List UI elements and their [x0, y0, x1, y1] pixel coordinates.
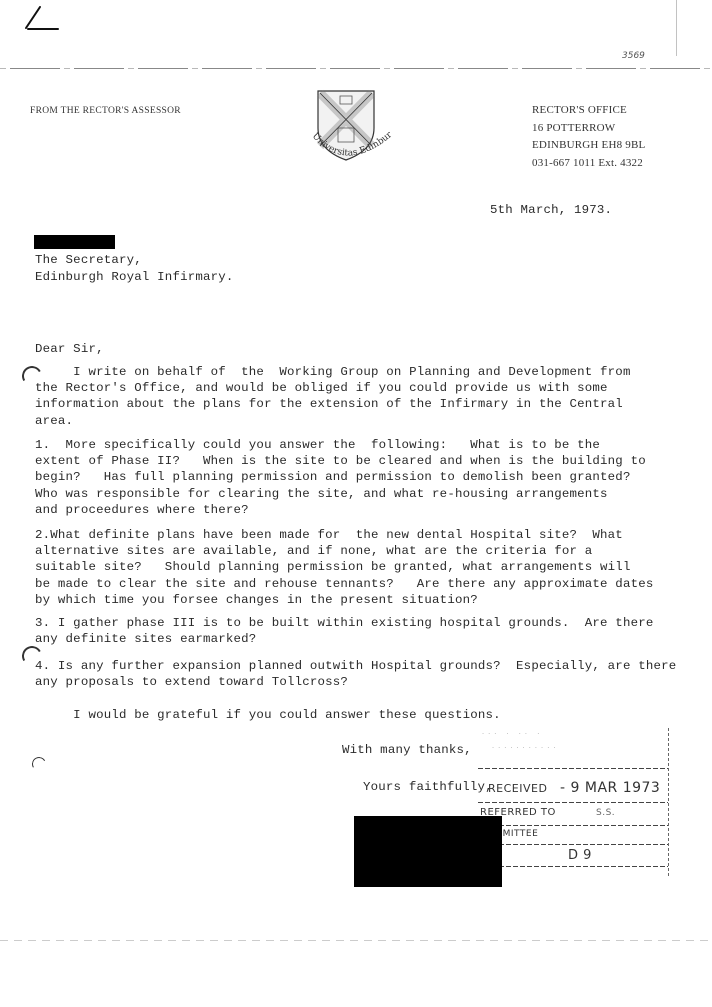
from-label: FROM THE RECTOR'S ASSESSOR [30, 106, 181, 116]
closing-thanks: With many thanks, [342, 743, 472, 757]
paragraph-intro: I write on behalf of the Working Group o… [35, 364, 631, 429]
address-line: 16 POTTERROW [532, 120, 645, 138]
received-stamp: · · · · · · · · · · · · · · · · · · RECE… [478, 728, 669, 876]
scan-artifact-line [0, 68, 712, 69]
corner-mark-icon [22, 4, 62, 34]
scan-artifact-line-bottom [0, 940, 712, 941]
stamp-faint-header: · · · · · · · [482, 730, 540, 738]
paragraph-question-2: 2.What definite plans have been made for… [35, 527, 653, 608]
stamp-number-value: D 9 [568, 848, 592, 863]
paragraph-closing-request: I would be grateful if you could answer … [35, 707, 501, 723]
stamp-referred-to-value: S.S. [596, 808, 615, 818]
redacted-recipient-name [34, 235, 115, 249]
address-line: RECTOR'S OFFICE [532, 102, 645, 120]
address-line: 031-667 1011 Ext. 4322 [532, 155, 645, 173]
address-line: EDINBURGH EH8 9BL [532, 137, 645, 155]
university-crest-icon: Universitas Edinburgensis [300, 88, 410, 168]
closing-sign-off: Yours faithfully, [363, 780, 493, 794]
stamp-received-date: - 9 MAR 1973 [560, 780, 660, 796]
rector-office-address: RECTOR'S OFFICE 16 POTTERROW EDINBURGH E… [532, 102, 645, 172]
handwritten-reference: 3569 [622, 51, 645, 61]
scan-artifact-vertical [676, 0, 677, 56]
letter-date: 5th March, 1973. [490, 203, 612, 217]
recipient-address: The Secretary, Edinburgh Royal Infirmary… [35, 252, 234, 285]
punch-hole-icon [30, 755, 47, 772]
stamp-faint-header: · · · · · · · · · · · [492, 744, 556, 752]
paragraph-question-1: 1. More specifically could you answer th… [35, 437, 646, 518]
paragraph-question-4: 4. Is any further expansion planned outw… [35, 658, 676, 690]
salutation: Dear Sir, [35, 342, 104, 356]
paragraph-question-3: 3. I gather phase III is to be built wit… [35, 615, 653, 647]
redacted-signature [354, 816, 502, 887]
stamp-received-label: RECEIVED [488, 782, 547, 795]
